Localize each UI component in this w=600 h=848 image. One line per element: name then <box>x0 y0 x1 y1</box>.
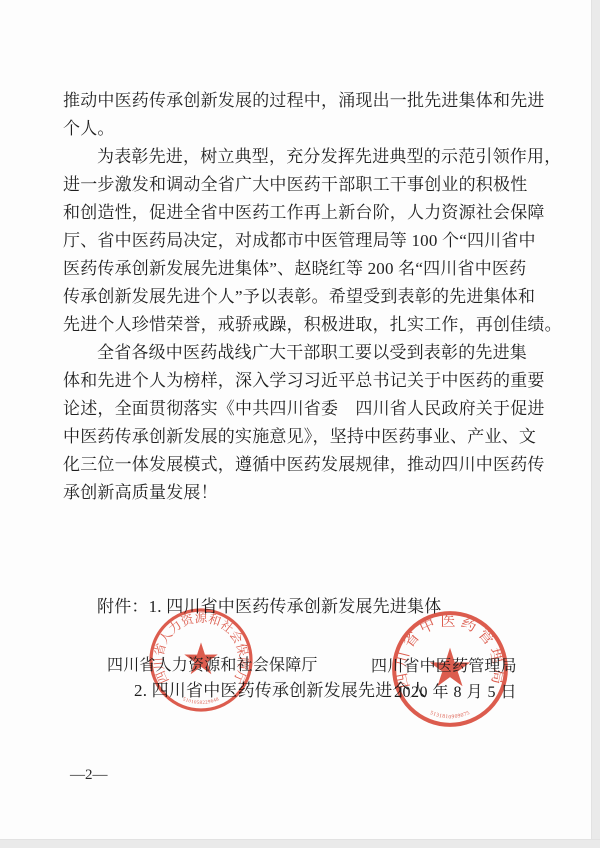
signature-right-org: 四川省中医药管理局 <box>371 653 517 676</box>
svg-text:5131810909075: 5131810909075 <box>429 710 471 720</box>
document-page: 推动中医药传承创新发展的过程中，涌现出一批先进集体和先进 个人。 为表彰先进，树… <box>0 0 600 848</box>
body-text-line: 个人。 <box>63 115 541 143</box>
signature-left-org: 四川省人力资源和社会保障厅 <box>107 652 318 675</box>
scan-edge-bottom <box>0 839 600 848</box>
body-text-line: 中医药传承创新发展的实施意见》，坚持中医药事业、产业、文 <box>63 423 541 451</box>
signature-date: 2020 年 8 月 5 日 <box>394 679 517 702</box>
body-text-line: 体和先进个人为榜样，深入学习习近平总书记关于中医药的重要 <box>63 367 541 395</box>
page-number: —2— <box>70 767 108 784</box>
body-text-line: 和创造性，促进全省中医药工作再上新台阶，人力资源社会保障 <box>63 199 541 227</box>
body-text-line: 承创新高质量发展！ <box>63 479 541 507</box>
scan-edge-right <box>591 0 600 848</box>
seal-serial-number: 5101058229648 <box>182 697 220 706</box>
body-text-line: 先进个人珍惜荣誉，戒骄戒躁，积极进取，扎实工作，再创佳绩。 <box>63 311 541 339</box>
seal-serial-number: 5131810909075 <box>429 710 471 720</box>
body-text-line: 进一步激发和调动全省广大中医药干部职工干事创业的积极性 <box>63 171 541 199</box>
body-text-line: 医药传承创新发展先进集体”、赵晓红等 200 名“四川省中医药 <box>63 255 541 283</box>
svg-text:5101058229648: 5101058229648 <box>182 697 220 706</box>
body-text: 推动中医药传承创新发展的过程中，涌现出一批先进集体和先进 个人。 为表彰先进，树… <box>63 87 541 507</box>
body-text-line: 厅、省中医药局决定，对成都市中医管理局等 100 个“四川省中 <box>63 227 541 255</box>
body-text-line: 论述，全面贯彻落实《中共四川省委 四川省人民政府关于促进 <box>63 395 541 423</box>
body-text-line: 全省各级中医药战线广大干部职工要以受到表彰的先进集 <box>63 339 541 367</box>
body-text-line: 推动中医药传承创新发展的过程中，涌现出一批先进集体和先进 <box>63 87 541 115</box>
body-text-line: 化三位一体发展模式，遵循中医药发展规律，推动四川中医药传 <box>63 451 541 479</box>
body-text-line: 传承创新发展先进个人”予以表彰。希望受到表彰的先进集体和 <box>63 283 541 311</box>
body-text-line: 为表彰先进，树立典型，充分发挥先进典型的示范引领作用， <box>63 143 541 171</box>
